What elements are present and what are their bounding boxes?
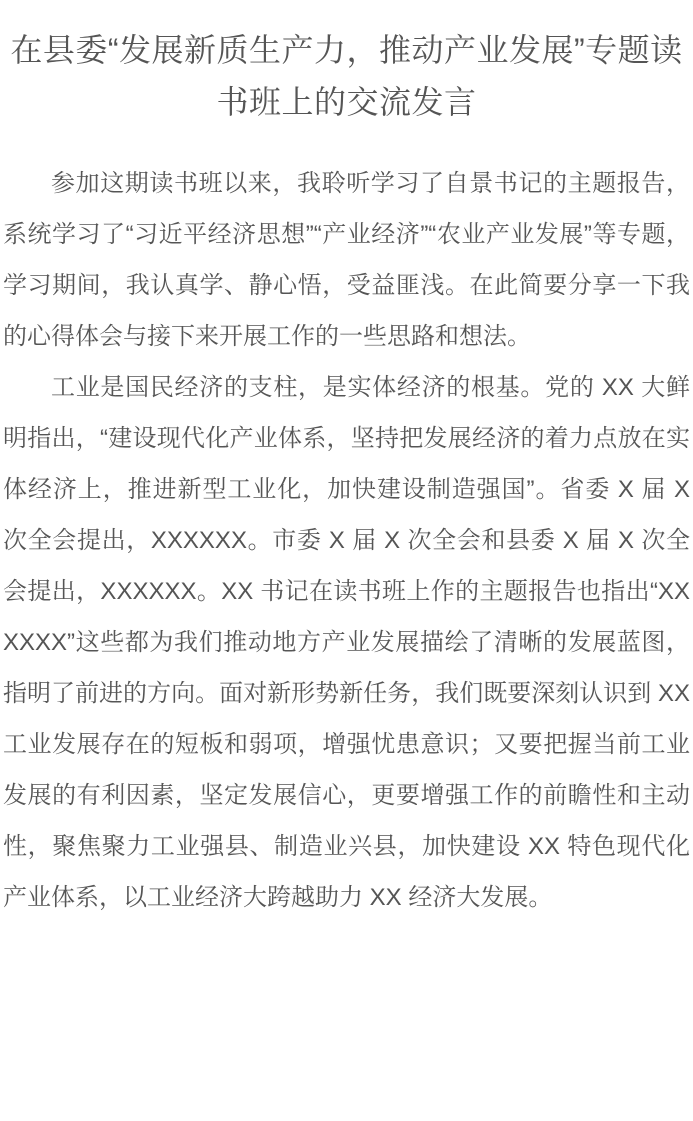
document-title: 在县委“发展新质生产力，推动产业发展”专题读书班上的交流发言 (3, 24, 690, 128)
document-body: 参加这期读书班以来，我聆听学习了自景书记的主题报告，系统学习了“习近平经济思想”… (3, 158, 690, 923)
document-page: 在县委“发展新质生产力，推动产业发展”专题读书班上的交流发言 参加这期读书班以来… (0, 24, 693, 923)
paragraph-industry: 工业是国民经济的支柱，是实体经济的根基。党的 XX 大鲜明指出，“建设现代化产业… (3, 362, 690, 923)
paragraph-intro: 参加这期读书班以来，我聆听学习了自景书记的主题报告，系统学习了“习近平经济思想”… (3, 158, 690, 362)
